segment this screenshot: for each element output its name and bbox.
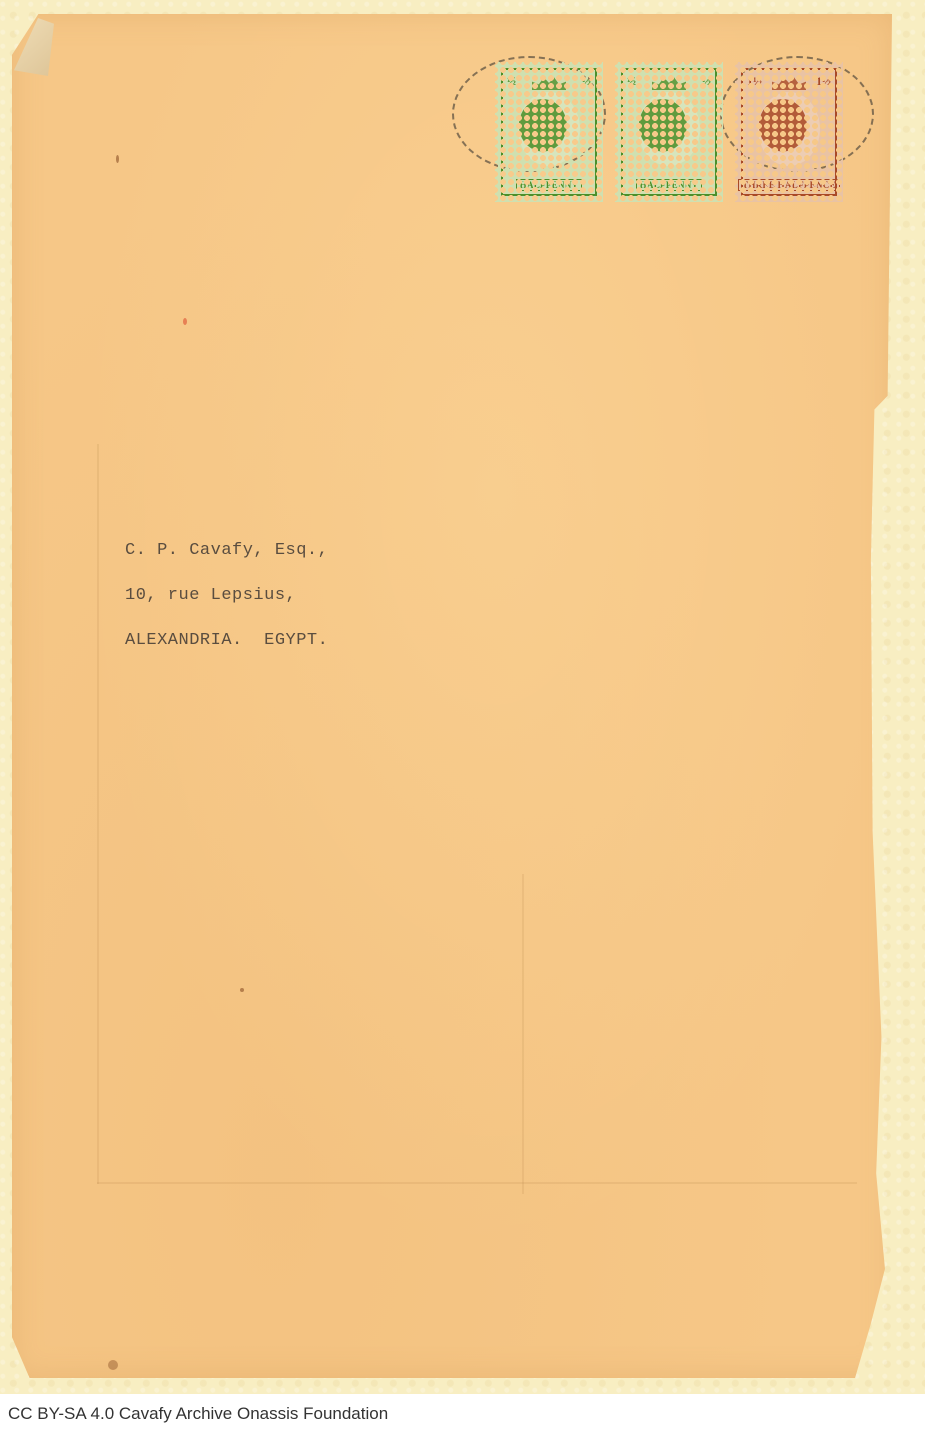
- king-portrait-icon: [758, 92, 820, 166]
- ink-spot: [240, 988, 244, 992]
- stamp-value: ½: [582, 74, 591, 89]
- stamp-label: HALFPENNY: [636, 179, 703, 191]
- ink-spot: [116, 155, 119, 163]
- recipient-address: C. P. Cavafy, Esq., 10, rue Lepsius, ALE…: [125, 528, 328, 663]
- stamp-halfpenny-1: ½ ½ HALFPENNY: [495, 62, 603, 202]
- crown-icon: [532, 76, 566, 90]
- stamp-label: HALFPENNY: [516, 179, 583, 191]
- address-line-city: ALEXANDRIA. EGYPT.: [125, 618, 328, 663]
- fold-line: [522, 874, 524, 1194]
- stamp-value: 1½: [747, 74, 762, 89]
- address-line-name: C. P. Cavafy, Esq.,: [125, 528, 328, 573]
- red-spot: [183, 318, 187, 325]
- crown-icon: [652, 76, 686, 90]
- stamp-halfpenny-2: ½ ½ HALFPENNY: [615, 62, 723, 202]
- king-portrait-icon: [518, 92, 580, 166]
- stamp-value: ½: [507, 74, 516, 89]
- stamp-value: ½: [702, 74, 711, 89]
- king-portrait-icon: [638, 92, 700, 166]
- license-credit: CC BY-SA 4.0 Cavafy Archive Onassis Foun…: [8, 1404, 388, 1424]
- stamp-value: ½: [627, 74, 636, 89]
- envelope: [12, 14, 892, 1378]
- stamp-label: THREE HALFPENCE: [738, 179, 840, 191]
- fold-line: [97, 444, 99, 1184]
- postage-stamps: ½ ½ HALFPENNY ½ ½ HALFPENNY 1½ 1½ THREE …: [495, 62, 843, 202]
- fold-line: [97, 1182, 857, 1184]
- stamp-value: 1½: [816, 74, 831, 89]
- stain: [108, 1360, 118, 1370]
- address-line-street: 10, rue Lepsius,: [125, 573, 328, 618]
- crown-icon: [772, 76, 806, 90]
- stamp-three-halfpence: 1½ 1½ THREE HALFPENCE: [735, 62, 843, 202]
